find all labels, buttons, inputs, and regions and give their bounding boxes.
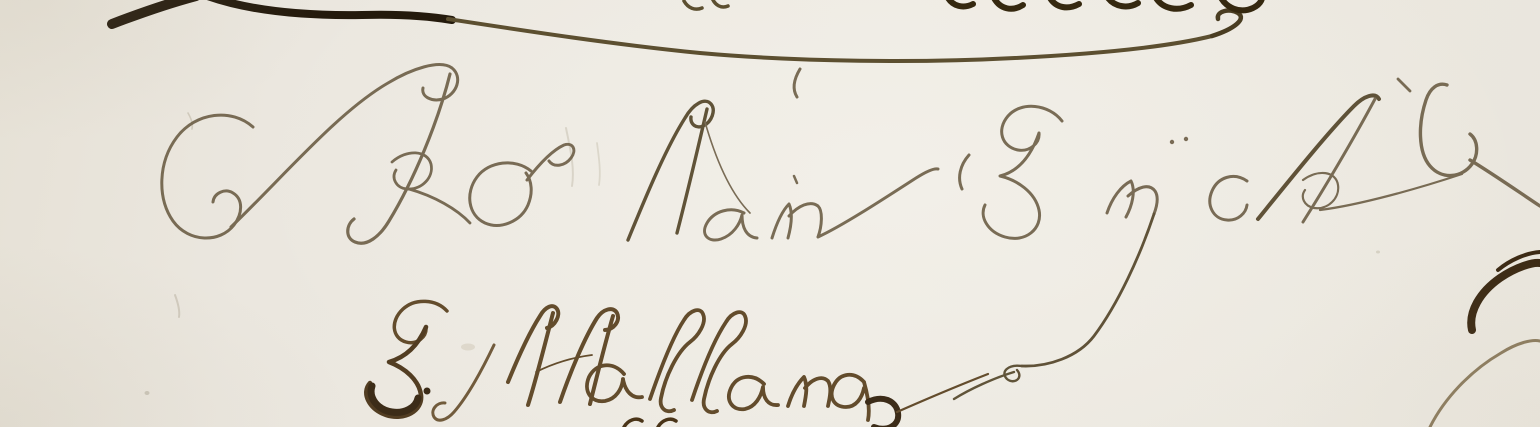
y-descender xyxy=(1022,214,1154,366)
top-signature-flourish: Heavy stroke and long underline flourish… xyxy=(112,0,1262,61)
period-dot xyxy=(424,388,431,395)
v-upstroke xyxy=(628,101,713,240)
cutoff-letter-tip xyxy=(1108,0,1138,6)
cutoff-letter-tip xyxy=(712,0,728,7)
letter-a2 xyxy=(729,377,778,409)
d2-dark-loop xyxy=(868,399,898,427)
h-first-stroke xyxy=(508,306,558,405)
letter-d2 xyxy=(832,375,869,420)
k-descent xyxy=(1303,99,1375,222)
smudge-mark xyxy=(597,143,600,185)
flourish-thick-stroke xyxy=(202,0,452,20)
cutoff-letter-tip xyxy=(658,419,676,427)
d2-exit-flourish xyxy=(897,374,988,412)
pre-h-flick xyxy=(433,345,494,420)
letter-a xyxy=(705,210,757,240)
signature-holland: Second signature, darker brown ink: E. H… xyxy=(366,301,988,427)
smudge-spot xyxy=(1376,251,1380,254)
e2-ink-blob xyxy=(371,386,418,412)
y-umlaut-dot xyxy=(1184,137,1188,141)
flourish-thick-stroke xyxy=(112,0,196,24)
bottom-cutoff-strokes: Tops of strokes from a further line, cut… xyxy=(624,419,676,427)
v-downstroke xyxy=(677,109,707,233)
cutoff-letter-tip xyxy=(1156,0,1191,9)
document-scan: Scanned fragment of a handwritten docume… xyxy=(0,0,1540,427)
letter-c xyxy=(1210,176,1247,220)
r-knot xyxy=(392,153,470,223)
accent-tick xyxy=(1398,79,1410,91)
flourish-underline xyxy=(448,19,1212,61)
cutoff-letter-tip xyxy=(624,419,642,427)
corner-thin-curve xyxy=(1430,341,1540,427)
handwriting-layer: Heavy stroke and long underline flourish… xyxy=(0,0,1540,427)
r-stem-upstroke xyxy=(231,65,458,227)
cutoff-letter-tip xyxy=(684,1,702,9)
letter-y xyxy=(1107,181,1157,217)
v-connector xyxy=(705,122,750,213)
letter-l1 xyxy=(650,310,704,411)
cutoff-letter-tip xyxy=(1050,0,1079,7)
letter-n xyxy=(772,169,938,238)
y-umlaut-dot xyxy=(1170,140,1174,144)
signature-van-eijck: First signature, light brown ink: R. Van… xyxy=(162,65,1540,399)
capital-e xyxy=(960,106,1062,238)
paper-smudges xyxy=(145,113,1381,395)
k-bowl-exit xyxy=(1303,173,1462,210)
corner-thick-loop xyxy=(1471,263,1540,330)
smudge-spot xyxy=(461,344,475,351)
k-ascender xyxy=(1258,95,1379,219)
superscript-letter xyxy=(470,144,574,225)
flourish-end-hook xyxy=(1212,11,1241,36)
letter-n2 xyxy=(788,377,830,406)
smudge-spot xyxy=(145,391,150,395)
partial-signature-right: Opening curves of another signature, cut… xyxy=(1430,252,1540,427)
n-dot xyxy=(794,176,797,183)
cutoff-letter-tip xyxy=(994,0,1023,9)
accent-tick xyxy=(794,69,800,97)
smudge-mark xyxy=(175,295,179,317)
cutoff-letter-tip xyxy=(948,0,973,6)
final-flourish-letter xyxy=(1420,84,1540,206)
h-crossbar xyxy=(536,355,592,372)
